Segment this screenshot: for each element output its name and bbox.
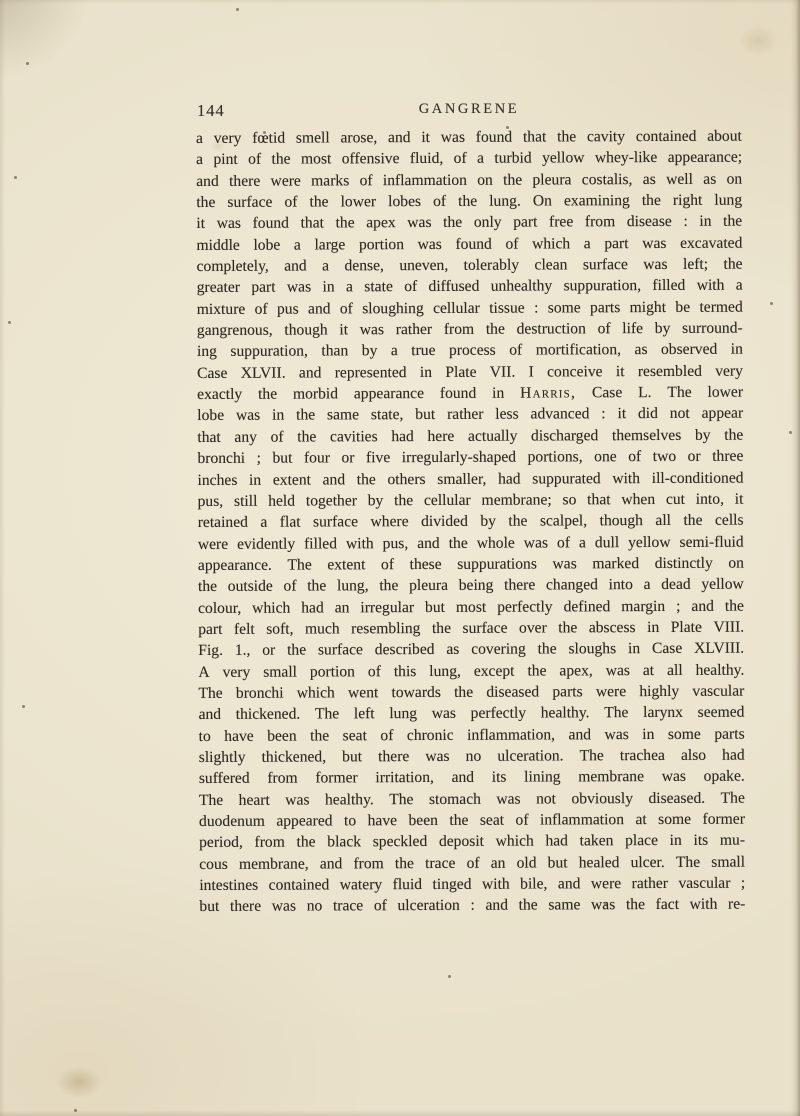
page-edge-bottom (0, 1110, 800, 1116)
ink-speck (448, 975, 451, 978)
page-edge-right (791, 0, 800, 1116)
page-edge-left (0, 0, 5, 1116)
text-line: buttherewasnotraceofulceration:andthesam… (199, 896, 745, 920)
text-line: Averysmallportionofthislung,excepttheape… (198, 661, 744, 685)
text-line: tohavebeentheseatofchronicinflammation,a… (199, 725, 745, 749)
text-line: Thebronchiwhichwenttowardsthediseasedpar… (198, 683, 744, 707)
text-line: Theheartwashealthy.Thestomachwasnotobvio… (199, 789, 745, 813)
text-line: pus,stillheldtogetherbythecellularmembra… (198, 490, 744, 514)
text-line: retainedaflatsurfacewheredividedbythesca… (198, 512, 744, 536)
ink-speck (26, 62, 29, 65)
page-header: 144 GANGRENE (196, 101, 742, 121)
ink-speck (604, 903, 607, 906)
text-line: gangrenous,thoughitwasratherfromthedestr… (197, 320, 743, 344)
text-line: intestinescontainedwateryfluidtingedwith… (199, 875, 745, 899)
text-line: wereevidentlyfilledwithpus,andthewholewa… (198, 533, 744, 557)
ink-speck (789, 431, 792, 434)
text-line: exactlythemorbidappearancefoundinHarris,… (197, 384, 743, 408)
text-line: slightlythickened,buttherewasnoulceratio… (199, 747, 745, 771)
text-line: mixtureofpusandofsloughingcellulartissue… (197, 298, 743, 322)
text-line: bronchi;butfourorfiveirregularly-shapedp… (197, 448, 743, 472)
text-line: period,fromtheblackspeckleddepositwhichh… (199, 832, 745, 856)
corner-shadow (0, 0, 90, 80)
text-line: middlelobealargeportionwasfoundofwhichap… (196, 234, 742, 258)
text-line: sufferedfromformerirritation,anditslinin… (199, 768, 745, 792)
text-line: andthickened.Theleftlungwasperfectlyheal… (199, 704, 745, 728)
scanned-book-page: 144 GANGRENE averyfœtidsmellarose,anditw… (0, 0, 800, 1116)
ink-speck (506, 126, 509, 129)
text-line: inchesinextentandtheotherssmaller,hadsup… (197, 469, 743, 493)
page-edge-top (0, 0, 800, 4)
paper-stain (56, 1066, 102, 1098)
text-line: colour,whichhadanirregularbutmostperfect… (198, 597, 744, 621)
text-line: appearance.Theextentofthesesuppurationsw… (198, 554, 744, 578)
paper-stain (210, 140, 226, 152)
text-line: partfeltsoft,muchresemblingthesurfaceove… (198, 619, 744, 643)
text-line: CaseXLVII.andrepresentedinPlateVII.Iconc… (197, 362, 743, 386)
text-line: lobewasinthesamestate,butratherlessadvan… (197, 405, 743, 429)
running-header: GANGRENE (196, 101, 742, 118)
page-number: 144 (197, 101, 225, 121)
ink-speck (22, 705, 25, 708)
text-line: thatanyofthecavitieshadhereactuallydisch… (197, 426, 743, 450)
ink-speck (8, 321, 11, 324)
text-line: averyfœtidsmellarose,anditwasfoundthatth… (196, 128, 742, 152)
text-line: itwasfoundthattheapexwastheonlypartfreef… (196, 213, 742, 237)
paper-stain (738, 26, 778, 56)
text-line: cousmembrane,andfromthetraceofanoldbuthe… (199, 853, 745, 877)
ink-speck (236, 8, 239, 11)
text-line: ingsuppuration,thanbyatrueprocessofmorti… (197, 341, 743, 365)
text-line: thesurfaceofthelowerlobesofthelung.Onexa… (196, 192, 742, 216)
ink-speck (263, 131, 266, 134)
ink-speck (74, 1109, 77, 1112)
ink-speck (14, 176, 17, 179)
text-line: Fig.1.,orthesurfacedescribedascoveringth… (198, 640, 744, 664)
text-line: greaterpartwasinastateofdiffusedunhealth… (197, 277, 743, 301)
ink-speck (770, 302, 773, 305)
text-line: completely,andadense,uneven,tolerablycle… (197, 256, 743, 280)
text-line: duodenumappearedtohavebeentheseatofinfla… (199, 811, 745, 835)
text-line: andthereweremarksofinflammationonthepleu… (196, 170, 742, 194)
text-line: theoutsideofthelung,thepleurabeingtherec… (198, 576, 744, 600)
text-line: apintofthemostoffensivefluid,ofaturbidye… (196, 149, 742, 173)
body-text: averyfœtidsmellarose,anditwasfoundthatth… (196, 128, 745, 920)
